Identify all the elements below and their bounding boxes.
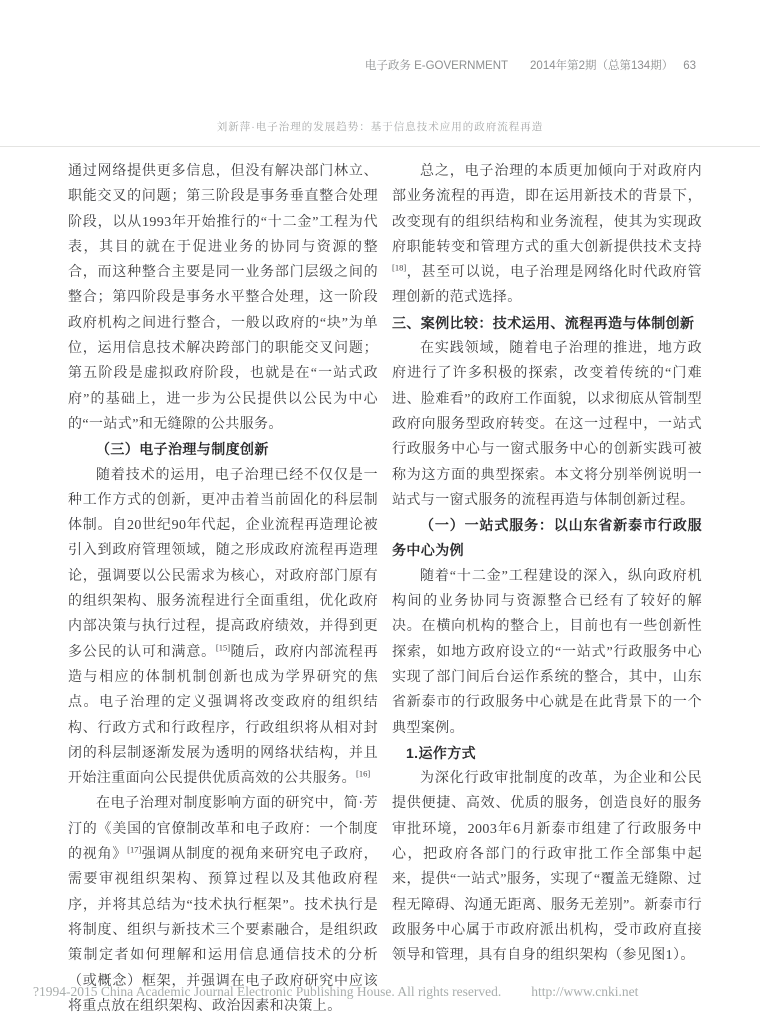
section-subheading: （一）一站式服务：以山东省新泰市行政服务中心为例 xyxy=(392,513,702,564)
journal-title: 电子政务 E-GOVERNMENT xyxy=(365,60,508,72)
section-heading: 三、案例比较：技术运用、流程再造与体制创新 xyxy=(392,311,702,336)
paragraph: 为深化行政审批制度的改革，为企业和公民提供便捷、高效、优质的服务，创造良好的服务… xyxy=(392,766,702,968)
journal-page: { "header": { "journal_title": "电子政务 E-G… xyxy=(0,0,760,1024)
page-header: 电子政务 E-GOVERNMENT2014年第2期（总第134期）63 xyxy=(365,57,696,73)
paragraph: 随着“十二金”工程建设的深入，纵向政府机构间的业务协同与资源整合已经有了较好的解… xyxy=(392,564,702,741)
page-number: 63 xyxy=(683,60,696,72)
citation-reference: [16] xyxy=(356,768,370,778)
paragraph: 通过网络提供更多信息，但没有解决部门林立、职能交叉的问题；第三阶段是事务垂直整合… xyxy=(68,159,378,437)
left-column: 通过网络提供更多信息，但没有解决部门林立、职能交叉的问题；第三阶段是事务垂直整合… xyxy=(68,159,378,1019)
citation-reference: [15] xyxy=(216,642,230,652)
paragraph: 总之，电子治理的本质更加倾向于对政府内部业务流程的再造，即在运用新技术的背景下，… xyxy=(392,159,702,311)
section-subheading: （三）电子治理与制度创新 xyxy=(68,437,378,462)
running-title: 刘新萍·电子治理的发展趋势：基于信息技术应用的政府流程再造 xyxy=(0,119,760,134)
paragraph: 随着技术的运用，电子治理已经不仅仅是一种工作方式的创新，更冲击着当前固化的科层制… xyxy=(68,463,378,792)
issue-info: 2014年第2期（总第134期） xyxy=(530,60,673,72)
citation-reference: [17] xyxy=(127,844,141,854)
right-column: 总之，电子治理的本质更加倾向于对政府内部业务流程的再造，即在运用新技术的背景下，… xyxy=(392,159,702,1019)
citation-reference: [18] xyxy=(392,263,406,273)
section-subheading: 1.运作方式 xyxy=(392,741,702,766)
copyright-text: ?1994-2015 China Academic Journal Electr… xyxy=(33,984,501,999)
header-divider xyxy=(0,146,760,147)
cnki-url: http://www.cnki.net xyxy=(531,984,638,999)
paragraph: 在实践领域，随着电子治理的推进，地方政府进行了许多积极的探索，改变着传统的“门难… xyxy=(392,336,702,513)
body-columns: 通过网络提供更多信息，但没有解决部门林立、职能交叉的问题；第三阶段是事务垂直整合… xyxy=(68,159,702,1019)
page-footer: ?1994-2015 China Academic Journal Electr… xyxy=(33,984,638,1000)
